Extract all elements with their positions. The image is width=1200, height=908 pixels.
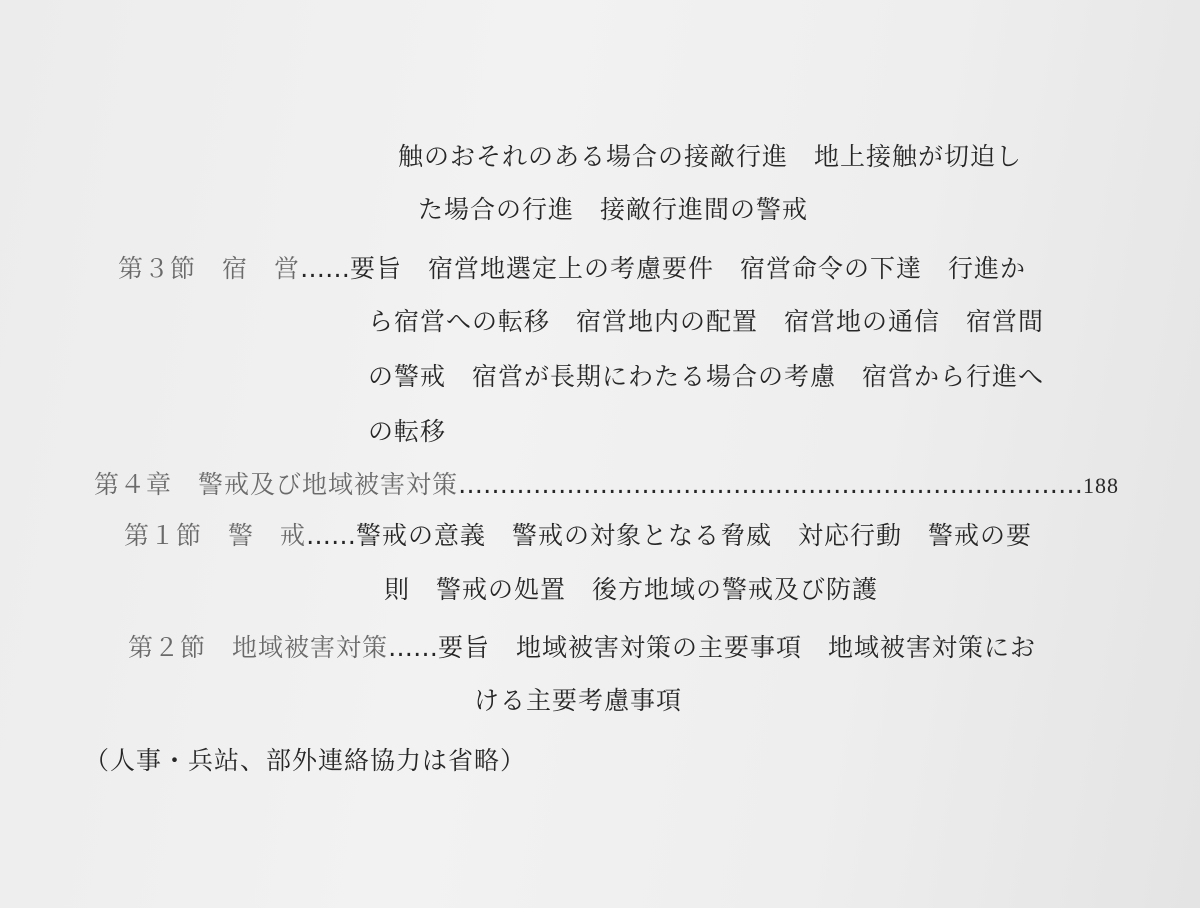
toc-entry-chapter-4-section-2: 第２節 地域被害対策……要旨 地域被害対策の主要事項 地域被害対策にお	[128, 633, 1036, 663]
toc-entry-chapter-4: 第４章 警戒及び地域被害対策…………………………………………………………………1…	[94, 470, 1094, 501]
toc-text-line: の警戒 宿営が長期にわたる場合の考慮 宿営から行進へ	[368, 362, 1044, 392]
section-topics: 要旨 地域被害対策の主要事項 地域被害対策にお	[438, 633, 1036, 662]
section-label: 第１節 警 戒	[124, 521, 306, 550]
leader-dots: ……	[306, 521, 356, 550]
page-number: 188	[1083, 473, 1119, 498]
leader-dots: …………………………………………………………………	[458, 470, 1083, 499]
section-topics: 警戒の意義 警戒の対象となる脅威 対応行動 警戒の要	[356, 521, 1032, 550]
omission-note: （人事・兵站、部外連絡協力は省略）	[84, 746, 526, 776]
section-topics: 要旨 宿営地選定上の考慮要件 宿営命令の下達 行進か	[350, 254, 1026, 283]
toc-entry-chapter-4-section-1: 第１節 警 戒……警戒の意義 警戒の対象となる脅威 対応行動 警戒の要	[124, 521, 1032, 551]
leader-dots: ……	[388, 633, 438, 662]
toc-text-line: た場合の行進 接敵行進間の警戒	[418, 195, 808, 225]
leader-dots: ……	[300, 254, 350, 283]
section-label: 第２節 地域被害対策	[128, 633, 388, 662]
toc-text-line: の転移	[368, 417, 446, 447]
toc-text-line: ら宿営への転移 宿営地内の配置 宿営地の通信 宿営間	[368, 307, 1044, 337]
toc-text-line: ける主要考慮事項	[474, 686, 682, 716]
toc-text-line: 則 警戒の処置 後方地域の警戒及び防護	[384, 575, 878, 605]
section-label: 第３節 宿 営	[118, 254, 300, 283]
toc-entry-section-3: 第３節 宿 営……要旨 宿営地選定上の考慮要件 宿営命令の下達 行進か	[118, 254, 1026, 284]
toc-text-line: 触のおそれのある場合の接敵行進 地上接触が切迫し	[398, 142, 1022, 172]
chapter-label: 第４章 警戒及び地域被害対策	[94, 470, 458, 499]
